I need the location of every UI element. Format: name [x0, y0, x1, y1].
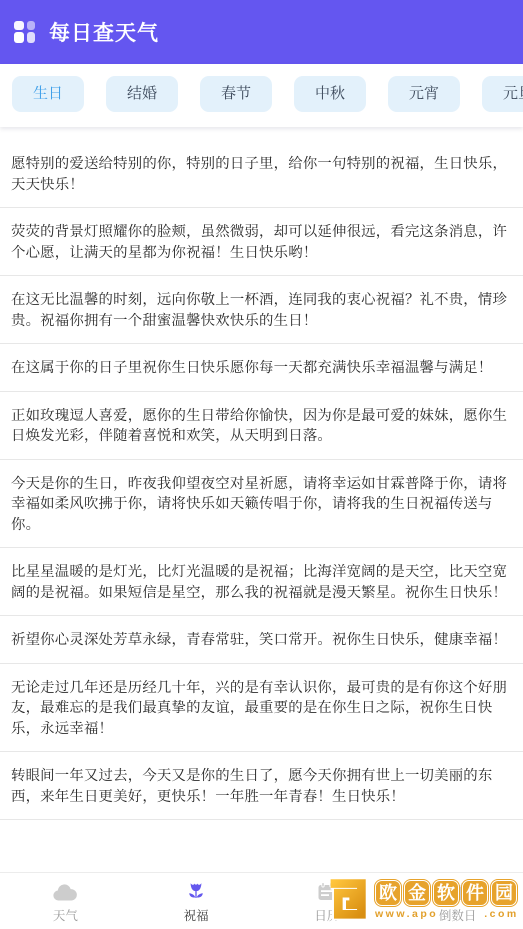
nav-label: 祝福 [184, 906, 209, 924]
countdown-icon [446, 880, 470, 904]
nav-tab-calendar[interactable]: 日历 [262, 873, 393, 929]
greeting-list: 愿特别的爱送给特别的你，特别的日子里，给你一句特别的祝福，生日快乐，天天快乐！ … [0, 140, 523, 820]
bottom-nav: 天气 祝福 [0, 872, 523, 929]
tab-lantern[interactable]: 元宵 [388, 76, 460, 112]
cloud-icon [51, 880, 79, 904]
app-screen: 每日查天气 生日 结婚 春节 中秋 元宵 元旦 愿特别的爱送给特别的你，特别的日… [0, 0, 523, 929]
flower-icon [184, 880, 208, 904]
greeting-item[interactable]: 祈望你心灵深处芳草永绿，青春常驻，笑口常开。祝你生日快乐，健康幸福！ [0, 616, 523, 664]
tab-wedding[interactable]: 结婚 [106, 76, 178, 112]
greeting-item[interactable]: 荧荧的背景灯照耀你的脸颊，虽然微弱，却可以延伸很远，看完这条消息，许个心愿，让满… [0, 208, 523, 276]
tab-mid-autumn[interactable]: 中秋 [294, 76, 366, 112]
nav-label: 天气 [53, 906, 78, 924]
app-title: 每日查天气 [49, 17, 159, 47]
calendar-icon [315, 880, 339, 904]
tab-birthday[interactable]: 生日 [12, 76, 84, 112]
nav-tab-blessings[interactable]: 祝福 [131, 873, 262, 929]
greeting-item[interactable]: 愿特别的爱送给特别的你，特别的日子里，给你一句特别的祝福，生日快乐，天天快乐！ [0, 140, 523, 208]
nav-tab-weather[interactable]: 天气 [0, 873, 131, 929]
greeting-item[interactable]: 在这无比温馨的时刻，远向你敬上一杯酒，连同我的衷心祝福？礼不贵，情珍贵。祝福你拥… [0, 276, 523, 344]
greeting-item[interactable]: 正如玫瑰逗人喜爱，愿你的生日带给你愉快，因为你是最可爱的妹妹，愿你生日焕发光彩，… [0, 392, 523, 460]
nav-label: 日历 [314, 906, 339, 924]
greeting-item[interactable]: 无论走过几年还是历经几十年，兴的是有幸认识你，最可贵的是有你这个好朋友，最难忘的… [0, 664, 523, 753]
greeting-item[interactable]: 转眼间一年又过去，今天又是你的生日了，愿今天你拥有世上一切美丽的东西，来年生日更… [0, 752, 523, 820]
tab-spring-festival[interactable]: 春节 [200, 76, 272, 112]
greeting-item[interactable]: 在这属于你的日子里祝你生日快乐愿你每一天都充满快乐幸福温馨与满足！ [0, 344, 523, 392]
category-tab-bar[interactable]: 生日 结婚 春节 中秋 元宵 元旦 [0, 64, 523, 127]
app-header: 每日查天气 [0, 0, 523, 64]
tab-new-year[interactable]: 元旦 [482, 76, 523, 112]
greeting-item[interactable]: 比星星温暖的是灯光，比灯光温暖的是祝福；比海洋宽阔的是天空，比天空宽阔的是祝福。… [0, 548, 523, 616]
nav-label: 倒数日 [439, 906, 477, 924]
nav-tab-countdown[interactable]: 倒数日 [392, 873, 523, 929]
greeting-item[interactable]: 今天是你的生日，昨夜我仰望夜空对星祈愿，请将幸运如甘霖普降于你，请将幸福如柔风吹… [0, 460, 523, 549]
app-logo-grid-icon [14, 20, 38, 44]
